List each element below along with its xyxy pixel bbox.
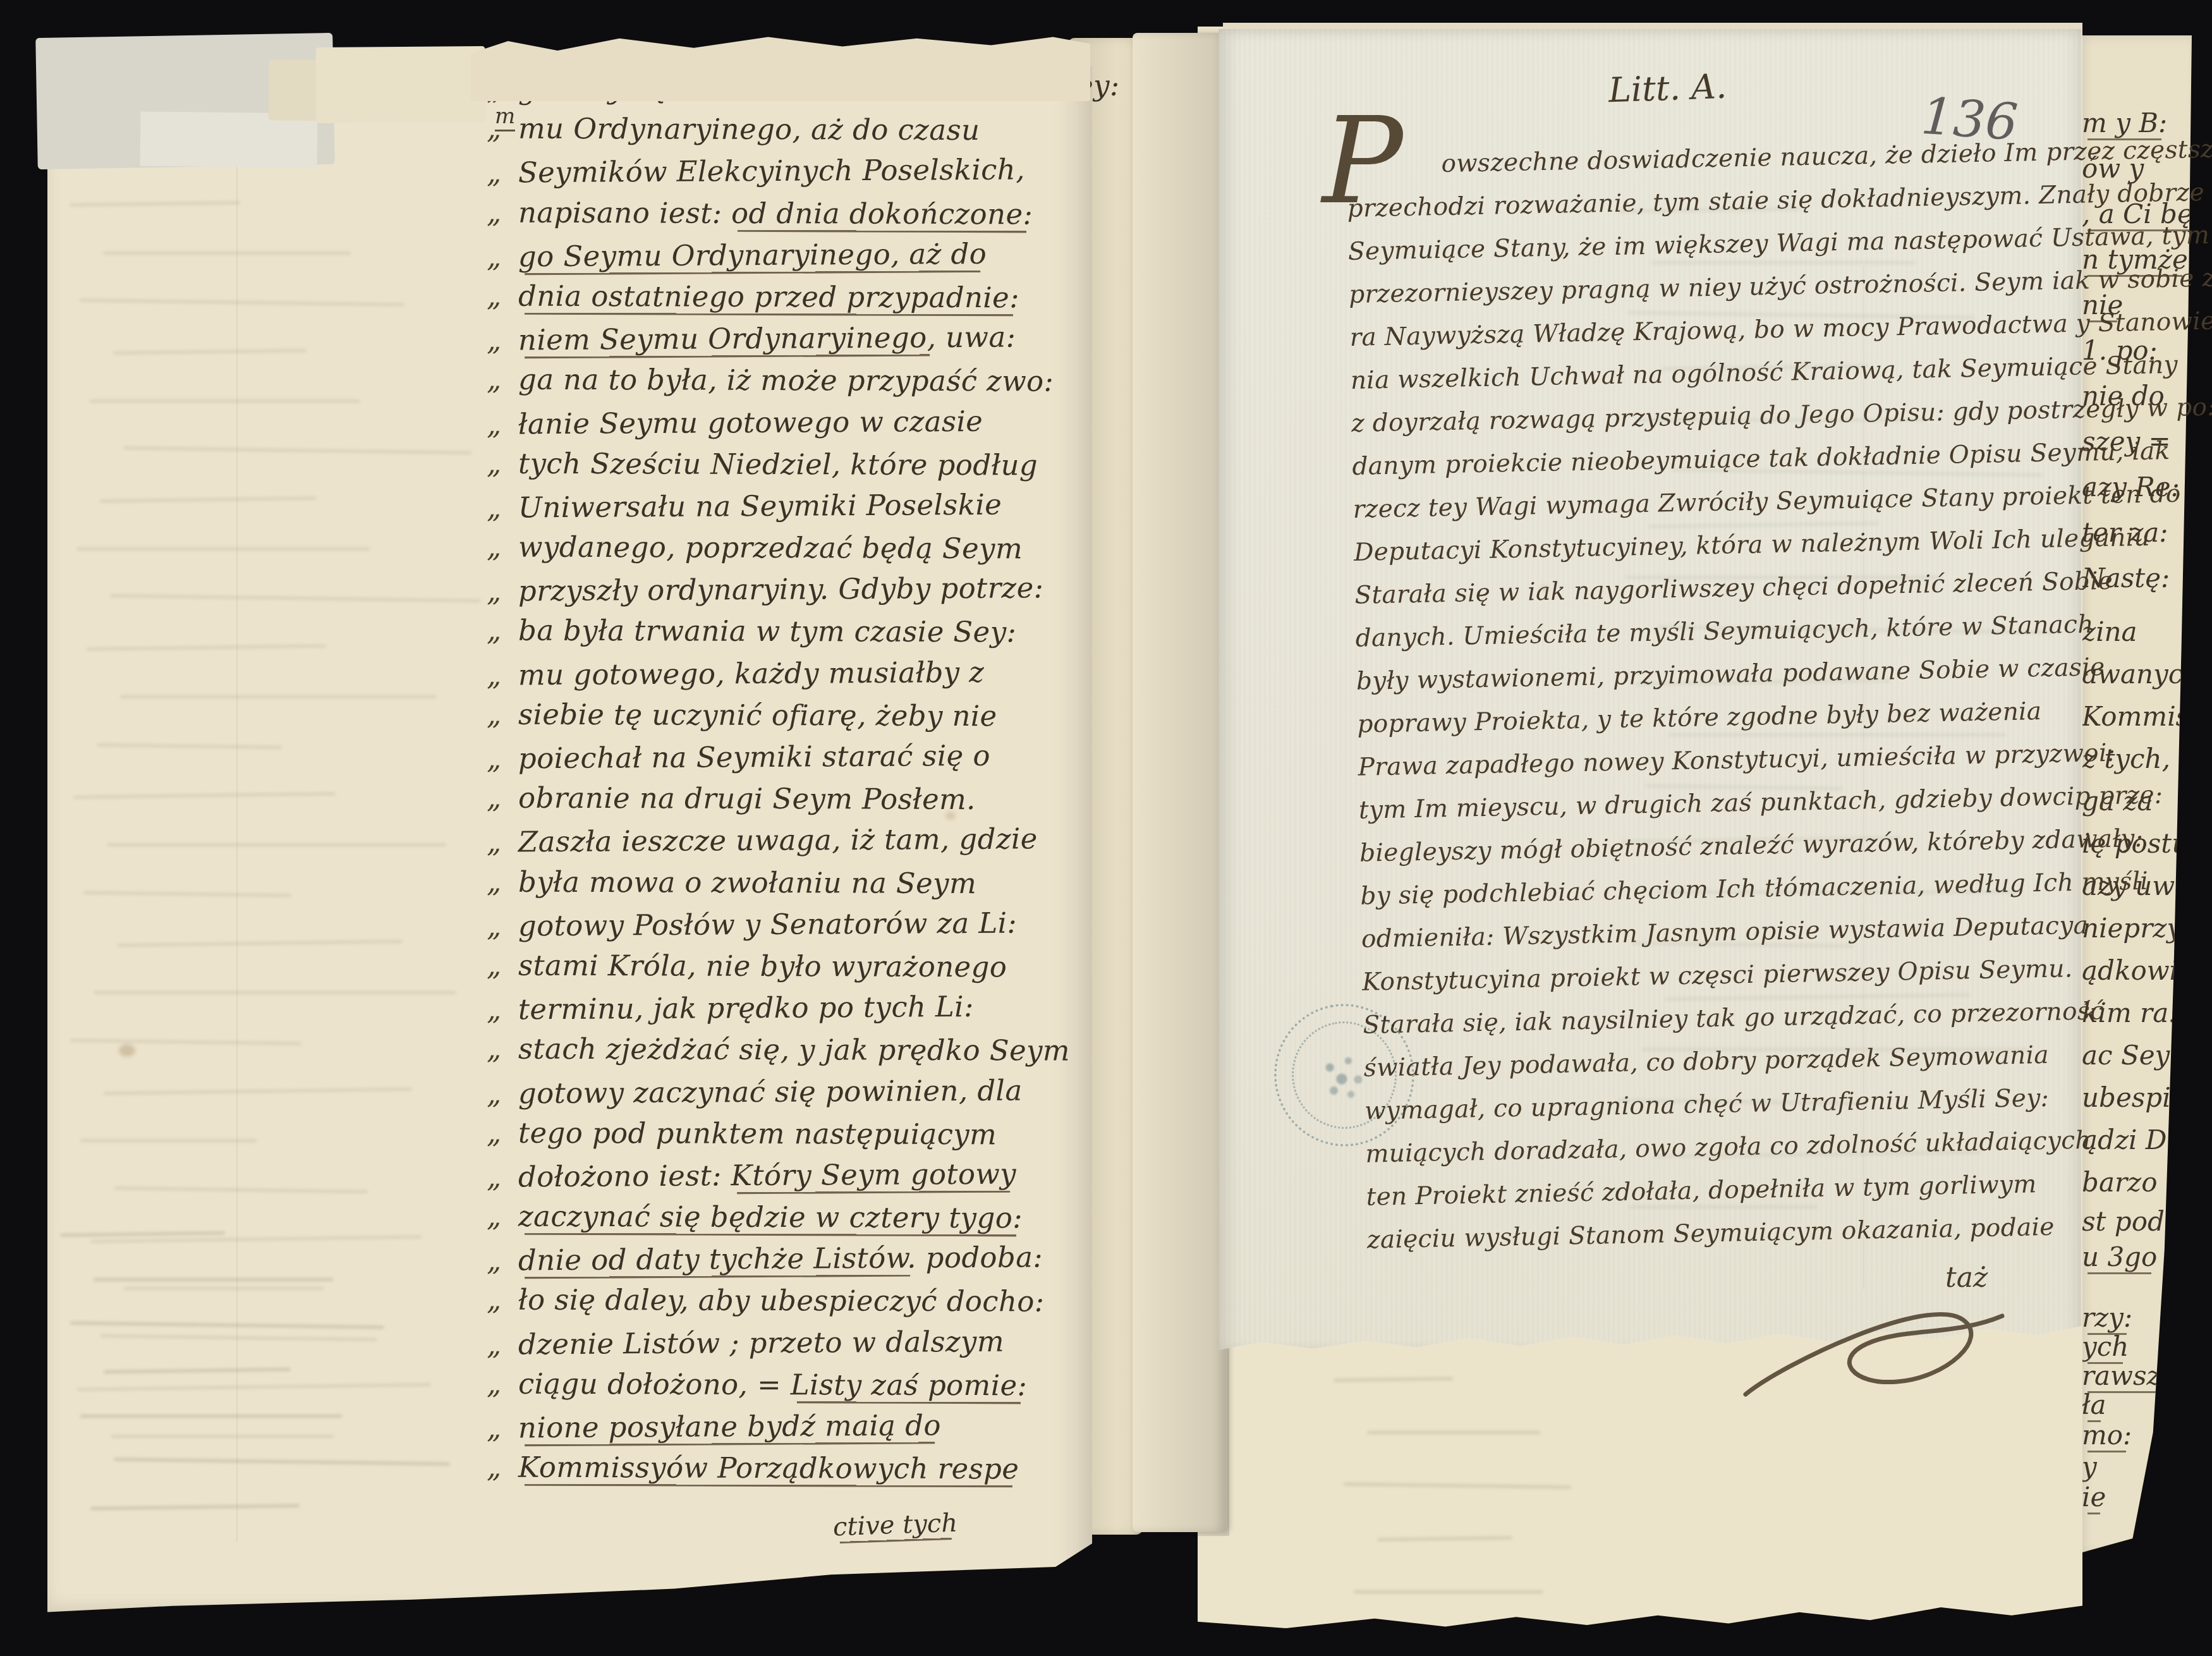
cut-off-line-fragment: m y B: <box>2082 107 2167 138</box>
quote-mark: „ <box>487 781 518 815</box>
manuscript-line: „była mowa o zwołaniu na Seym <box>487 865 1043 908</box>
ink-showthrough <box>1367 1431 1540 1434</box>
ink-showthrough <box>120 695 437 698</box>
manuscript-line: „ciągu dołożono, = Listy zaś pomie: <box>487 1367 1043 1410</box>
quote-mark: „ <box>487 1451 518 1484</box>
manuscript-line: „dnie od daty tychże Listów. podoba: <box>487 1241 1043 1286</box>
line-segment: Zaszła ieszcze uwaga, iż tam, gdzie <box>518 822 1038 859</box>
line-segment: ga na to była, iż może przypaść zwo: <box>518 363 1054 398</box>
manuscript-line: „stach zjeżdżać się, y jak prędko Seym <box>487 1032 1043 1076</box>
quote-mark: „ <box>487 195 518 229</box>
line-segment: od dnia dokończone: <box>731 196 1033 231</box>
ink-showthrough <box>103 252 351 255</box>
quote-mark: „ <box>487 825 518 859</box>
manuscript-line: „łanie Seymu gotowego w czasie <box>487 404 1043 449</box>
manuscript-line: „Uniwersału na Seymiki Poselskie <box>487 487 1043 533</box>
line-segment: Seymików Elekcyinych Poselskich, <box>518 153 1025 190</box>
line-segment: tych Sześciu Niedziel, które podług <box>518 446 1038 482</box>
quote-mark: „ <box>487 112 518 145</box>
cut-off-line-fragment: mo: <box>2082 1420 2132 1451</box>
ink-showthrough <box>1651 261 1916 264</box>
manuscript-line: „tego pod punktem następuiącym <box>487 1116 1043 1159</box>
quote-mark: „ <box>487 948 518 982</box>
line-segment: zaczynać się będzie w cztery tygo: <box>518 1200 1023 1235</box>
paper-scrap <box>316 46 486 123</box>
quote-mark: „ <box>487 614 518 647</box>
line-segment: napisano iest: <box>518 195 731 229</box>
manuscript-photo: m y B:ów y, a Ci bę:n tymżenie1. po:nie … <box>0 0 2212 1656</box>
line-segment: podoba: <box>916 1241 1043 1275</box>
quote-mark: „ <box>487 1200 518 1233</box>
foxing-spot <box>119 1044 135 1057</box>
line-segment: Który Seym gotowy <box>731 1157 1016 1192</box>
ink-showthrough <box>1629 1205 1818 1209</box>
cut-off-line-fragment: y <box>2082 1451 2097 1482</box>
manuscript-line: „gotowy zaczynać się powinien, dla <box>487 1073 1043 1119</box>
ink-showthrough <box>80 1139 257 1142</box>
ink-showthrough <box>1638 418 1927 422</box>
cut-off-line-fragment: ie <box>2082 1482 2106 1513</box>
manuscript-line: „dzenie Listów ; przeto w dalszym <box>487 1324 1043 1370</box>
ink-showthrough <box>80 1415 342 1418</box>
line-segment: stami Króla, nie było wyrażonego <box>518 949 1007 984</box>
quote-mark: „ <box>487 1116 518 1149</box>
line-segment: mu gotowego, każdy musiałby z <box>518 655 985 692</box>
ink-showthrough <box>94 991 456 994</box>
manuscript-line: „wydanego, poprzedzać będą Seym <box>487 530 1043 574</box>
line-segment: łanie Seymu gotowego w czasie <box>518 404 983 440</box>
quote-mark: „ <box>487 1367 518 1400</box>
line-segment: dnia ostatniego przed przypadnie: <box>518 279 1019 315</box>
manuscript-line: „zaczynać się będzie w cztery tygo: <box>487 1200 1043 1243</box>
cut-off-line-fragment: nieprzy: <box>2082 913 2191 944</box>
manuscript-line: „ga na to była, iż może przypaść zwo: <box>487 363 1043 406</box>
manuscript-line: „ło się daley, aby ubespieczyć docho: <box>487 1283 1043 1327</box>
line-segment: poiechał na Seymiki starać się o <box>518 739 990 776</box>
quote-mark: „ <box>487 156 518 190</box>
manuscript-line: „terminu, jak prędko po tych Li: <box>487 989 1043 1035</box>
manuscript-line: „gotowy Posłów y Senatorów za Li: <box>487 906 1043 951</box>
quote-mark: „ <box>487 1283 518 1317</box>
right-page-lines: owszechne doswiadczenie naucza, że dzieł… <box>1346 138 2101 1269</box>
line-segment: dołożono iest: <box>518 1159 731 1193</box>
foxing-spot <box>1541 585 1548 592</box>
line-segment: Kommissyów Porządkowych respe <box>518 1451 1019 1486</box>
ink-showthrough <box>107 843 446 846</box>
ink-showthrough <box>90 399 360 403</box>
quote-mark: „ <box>487 240 518 273</box>
manuscript-line: „niem Seymu Ordynaryinego, uwa: <box>487 320 1043 365</box>
ink-showthrough <box>1655 891 2017 894</box>
quote-mark: „ <box>487 1160 518 1193</box>
line-segment: dnie od daty tychże Listów. <box>518 1241 916 1277</box>
quote-mark: „ <box>487 1244 518 1277</box>
ink-showthrough <box>1625 576 1938 579</box>
quote-mark: „ <box>487 575 518 608</box>
quote-mark: „ <box>487 530 518 564</box>
line-segment: ciągu dołożono, = <box>518 1367 791 1401</box>
ink-showthrough <box>1668 733 2006 736</box>
manuscript-line: „mu gotowego, każdy musiałby z <box>487 655 1043 700</box>
cut-off-line-fragment: rzy: <box>2082 1302 2132 1333</box>
line-segment: była mowa o zwołaniu na Seym <box>518 865 976 900</box>
manuscript-line: „Seymików Elekcyinych Poselskich, <box>487 153 1043 198</box>
manuscript-line: „poiechał na Seymiki starać się o <box>487 738 1043 784</box>
foxing-spot <box>945 812 956 820</box>
line-segment: niem Seymu Ordynaryinego, <box>518 320 937 356</box>
quote-mark: „ <box>487 446 518 480</box>
manuscript-line: „ba była trwania w tym czasie Sey: <box>487 614 1043 657</box>
line-segment: uwa: <box>936 320 1016 355</box>
line-segment: nione posyłane bydź maią do <box>518 1408 941 1444</box>
manuscript-line: „siebie tę uczynić ofiarę, żeby nie <box>487 697 1043 741</box>
line-segment: go Seymu Ordynaryinego, aż do <box>518 237 987 274</box>
line-segment: tego pod punktem następuiącym <box>518 1116 997 1151</box>
cut-off-line-fragment: ła <box>2082 1389 2106 1420</box>
manuscript-line: „dnia ostatniego przed przypadnie: <box>487 279 1043 322</box>
quote-mark: „ <box>487 741 518 775</box>
ink-showthrough <box>124 1287 324 1290</box>
quote-mark: „ <box>487 1032 518 1066</box>
quote-mark: „ <box>487 1327 518 1361</box>
left-page-catchword: ctive tych <box>832 1509 958 1542</box>
line-segment: dzenie Listów ; przeto w dalszym <box>518 1324 1004 1361</box>
ink-showthrough <box>1642 1048 2029 1051</box>
ink-showthrough <box>1354 1590 1543 1593</box>
quote-mark: „ <box>487 909 518 942</box>
line-segment: stach zjeżdżać się, y jak prędko Seym <box>518 1032 1070 1068</box>
pen-flourish <box>1738 1283 2010 1416</box>
quote-mark: „ <box>487 1411 518 1444</box>
line-segment: gotowy zaczynać się powinien, dla <box>518 1073 1023 1110</box>
manuscript-line: „Kommissyów Porządkowych respe <box>487 1451 1043 1494</box>
cut-off-line-fragment: ych <box>2082 1331 2129 1362</box>
ink-showthrough <box>76 547 370 551</box>
manuscript-line: „dołożono iest: Który Seym gotowy <box>487 1157 1043 1202</box>
page-heading: Litt. A. <box>1608 66 1727 110</box>
ink-showthrough <box>111 1435 334 1438</box>
manuscript-line: „mu Ordynaryinego, aż do czasu <box>487 112 1043 155</box>
quote-mark: „ <box>487 993 518 1026</box>
quote-mark: „ <box>487 697 518 731</box>
quote-mark: „ <box>487 407 518 441</box>
quote-mark: „ <box>487 324 518 357</box>
line-segment: terminu, jak prędko po tych Li: <box>518 990 974 1026</box>
line-segment: mu Ordynaryinego, aż do czasu <box>518 112 980 147</box>
quote-mark: „ <box>487 490 518 524</box>
ink-showthrough <box>94 1278 333 1281</box>
line-segment: siebie tę uczynić ofiarę, żeby nie <box>518 697 997 733</box>
manuscript-line: „nione posyłane bydź maią do <box>487 1408 1043 1453</box>
quote-mark: „ <box>487 363 518 396</box>
manuscript-line: „Zaszła ieszcze uwaga, iż tam, gdzie <box>487 822 1043 868</box>
manuscript-line: „go Seymu Ordynaryinego, aż do <box>487 236 1043 282</box>
manuscript-line: „obranie na drugi Seym Posłem. <box>487 781 1043 825</box>
line-segment: wydanego, poprzedzać będą Seym <box>518 530 1023 566</box>
quote-mark: „ <box>487 1076 518 1110</box>
quote-mark: „ <box>487 279 518 312</box>
manuscript-line: „tych Sześciu Niedziel, które podług <box>487 446 1043 490</box>
line-segment: obranie na drugi Seym Posłem. <box>518 781 976 817</box>
line-segment: Listy zaś pomie: <box>791 1368 1027 1402</box>
manuscript-line: „napisano iest: od dnia dokończone: <box>487 195 1043 239</box>
quote-mark: „ <box>487 865 518 898</box>
line-segment: ba była trwania w tym czasie Sey: <box>518 614 1016 649</box>
gutter-leaf-edge <box>1133 33 1227 1532</box>
line-segment: gotowy Posłów y Senatorów za Li: <box>518 906 1017 942</box>
quote-mark: „ <box>487 658 518 691</box>
left-page-lines: „gotowy będzie do od czasu otwarcia Sey:… <box>487 71 1043 1493</box>
line-segment: ło się daley, aby ubespieczyć docho: <box>518 1283 1045 1318</box>
line-segment: Uniwersału na Seymiki Poselskie <box>518 488 1002 525</box>
manuscript-line: „stami Króla, nie było wyrażonego <box>487 948 1043 992</box>
manuscript-line: „przyszły ordynaryiny. Gdyby potrze: <box>487 571 1043 617</box>
cut-off-line-fragment: ądkowi <box>2082 955 2178 986</box>
line-segment: przyszły ordynaryiny. Gdyby potrze: <box>518 571 1044 608</box>
